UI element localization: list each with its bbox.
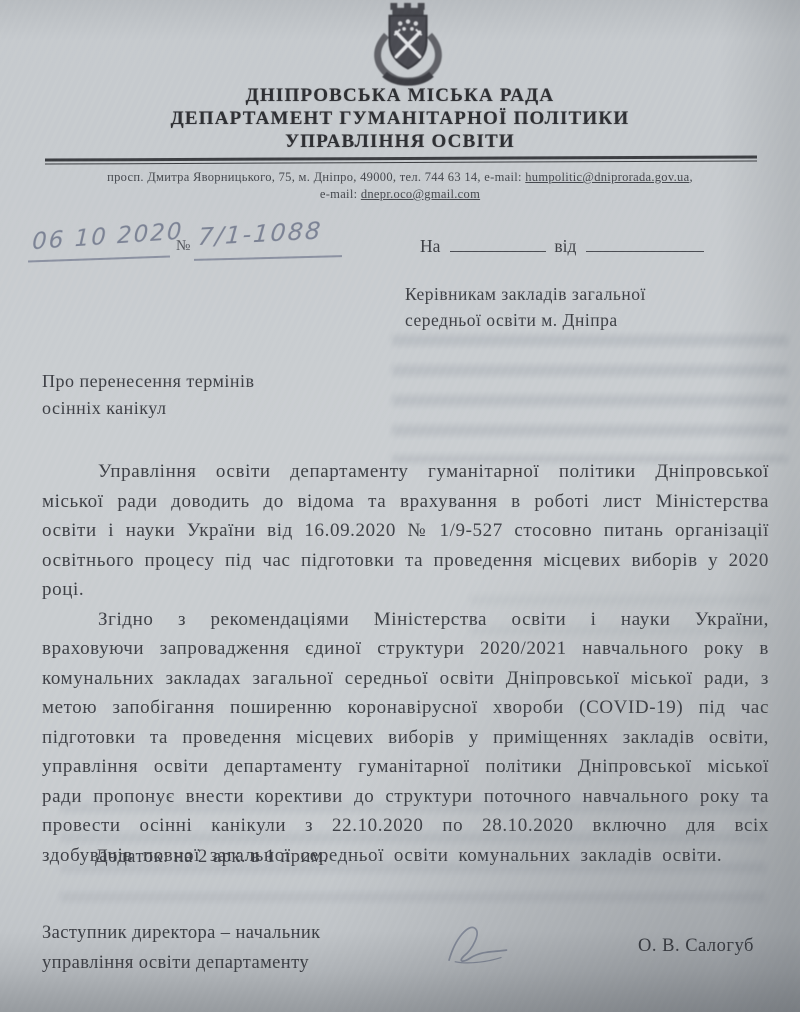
header-divider	[45, 155, 757, 164]
letter-body: Управління освіти департаменту гуманітар…	[42, 457, 769, 870]
reply-label-vid: від	[554, 236, 576, 256]
org-name-council: ДНІПРОВСЬКА МІСЬКА РАДА	[0, 84, 800, 107]
recipient-block: Керівникам закладів загальної середньої …	[405, 281, 646, 333]
handwritten-signature	[430, 915, 528, 974]
signatory-position: Заступник директора – начальник управлін…	[42, 918, 321, 978]
letterhead-org-block: ДНІПРОВСЬКА МІСЬКА РАДА ДЕПАРТАМЕНТ ГУМА…	[0, 84, 800, 153]
recipient-line2: середньої освіти м. Дніпра	[405, 307, 646, 333]
number-sign: №	[176, 238, 190, 255]
signatory-name: О. В. Салогуб	[638, 936, 754, 957]
handwritten-date: 06 10 2020	[32, 219, 184, 256]
letterhead-address: просп. Дмитра Яворницького, 75, м. Дніпр…	[60, 169, 740, 203]
dnipro-coat-of-arms-icon	[356, 2, 460, 88]
subject-line1: Про перенесення термінів	[42, 368, 255, 395]
signatory-position-line1: Заступник директора – начальник	[42, 918, 321, 948]
handwritten-outgoing-number: 7/1-1088	[197, 217, 324, 252]
date-underline	[28, 256, 170, 263]
reply-reference-row: Навід	[420, 234, 704, 257]
email-primary: humpolitic@dniprorada.gov.ua	[525, 170, 689, 184]
reply-label-na: На	[420, 236, 440, 256]
recipient-line1: Керівникам закладів загальної	[405, 281, 646, 307]
bleed-through-ghost-upper	[392, 335, 788, 463]
email-secondary: dnepr.oco@gmail.com	[361, 187, 480, 201]
email-secondary-label: e-mail:	[320, 187, 358, 201]
subject-block: Про перенесення термінів осінніх канікул	[42, 368, 255, 422]
body-paragraph-2: Згідно з рекомендаціями Міністерства осв…	[42, 605, 769, 871]
scanned-letter-page: ДНІПРОВСЬКА МІСЬКА РАДА ДЕПАРТАМЕНТ ГУМА…	[0, 0, 800, 1012]
reply-blank-date	[586, 234, 704, 252]
signatory-position-line2: управління освіти департаменту	[42, 948, 321, 978]
number-underline	[194, 255, 342, 261]
body-paragraph-1: Управління освіти департаменту гуманітар…	[42, 457, 769, 605]
address-text: просп. Дмитра Яворницького, 75, м. Дніпр…	[107, 170, 522, 184]
subject-line2: осінніх канікул	[42, 395, 255, 422]
address-comma: ,	[689, 170, 692, 184]
attachment-note: Додаток: на 2 арк. в 1 прим.	[95, 847, 328, 868]
reply-blank-number	[450, 234, 546, 252]
org-name-office: УПРАВЛІННЯ ОСВІТИ	[0, 130, 800, 153]
org-name-department: ДЕПАРТАМЕНТ ГУМАНІТАРНОЇ ПОЛІТИКИ	[0, 107, 800, 130]
